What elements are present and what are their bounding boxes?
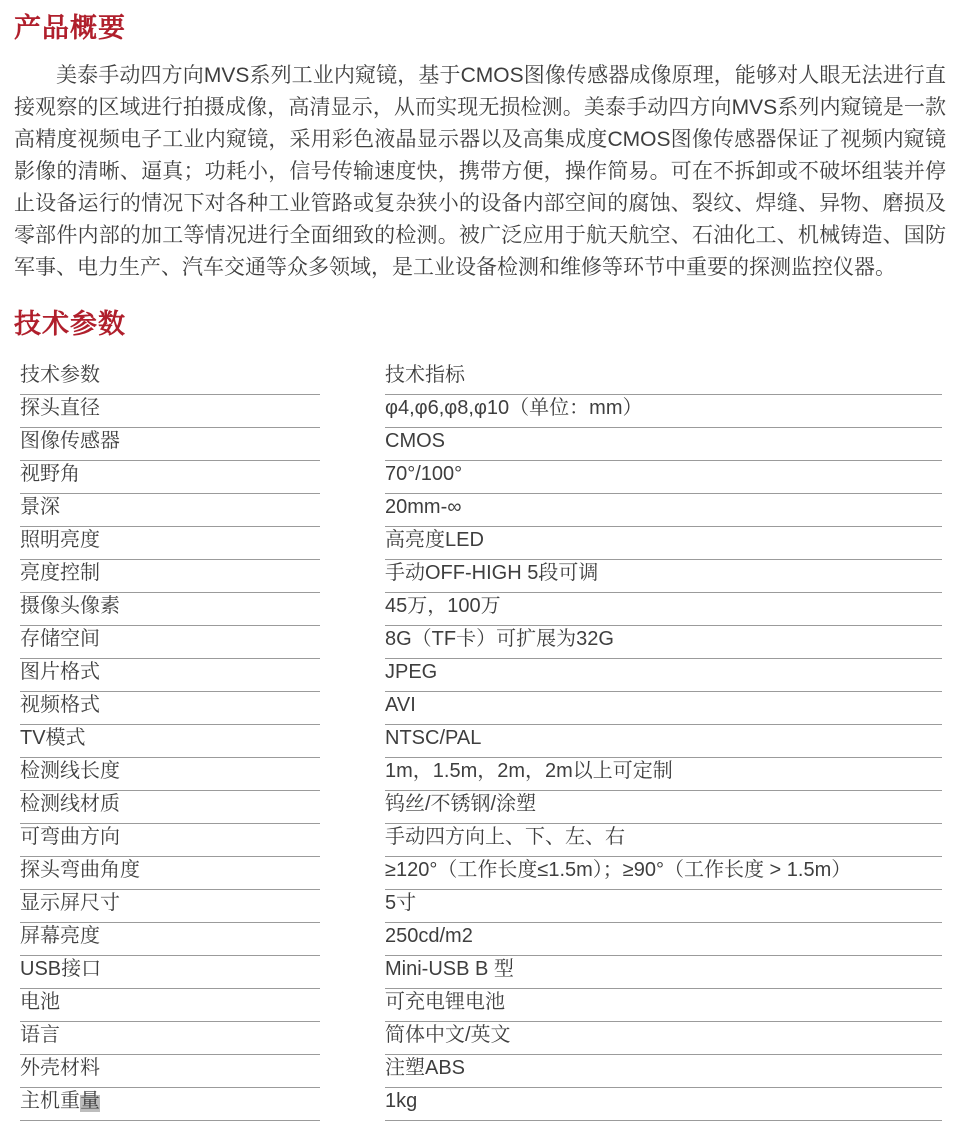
param-cell: TV模式 (20, 725, 320, 758)
value-cell: 250cd/m2 (385, 923, 942, 956)
param-cell: 景深 (20, 494, 320, 527)
param-cell: 存储空间 (20, 626, 320, 659)
overview-paragraph: 美泰手动四方向MVS系列工业内窥镜，基于CMOS图像传感器成像原理，能够对人眼无… (14, 60, 946, 284)
table-row: 可弯曲方向手动四方向上、下、左、右 (20, 824, 946, 857)
value-cell: 8G（TF卡）可扩展为32G (385, 626, 942, 659)
value-cell: Mini-USB B 型 (385, 956, 942, 989)
value-cell: 手动OFF-HIGH 5段可调 (385, 560, 942, 593)
value-cell: 70°/100° (385, 461, 942, 494)
param-cell: 检测线长度 (20, 758, 320, 791)
value-cell: 技术指标 (385, 362, 942, 395)
param-cell: 亮度控制 (20, 560, 320, 593)
table-row: TV模式NTSC/PAL (20, 725, 946, 758)
table-row: 显示屏尺寸5寸 (20, 890, 946, 923)
value-cell: AVI (385, 692, 942, 725)
product-spec-page: 产品概要 美泰手动四方向MVS系列工业内窥镜，基于CMOS图像传感器成像原理，能… (0, 0, 960, 1121)
value-cell: NTSC/PAL (385, 725, 942, 758)
value-cell: 1m，1.5m，2m，2m以上可定制 (385, 758, 942, 791)
param-cell: 探头弯曲角度 (20, 857, 320, 890)
table-row: 照明亮度高亮度LED (20, 527, 946, 560)
table-row: 视野角70°/100° (20, 461, 946, 494)
table-row: 检测线长度1m，1.5m，2m，2m以上可定制 (20, 758, 946, 791)
table-row: 摄像头像素45万，100万 (20, 593, 946, 626)
value-cell: 45万，100万 (385, 593, 942, 626)
table-row: 探头弯曲角度≥120°（工作长度≤1.5m）；≥90°（工作长度 > 1.5m） (20, 857, 946, 890)
table-row: 屏幕亮度250cd/m2 (20, 923, 946, 956)
value-cell: 高亮度LED (385, 527, 942, 560)
param-cell: 检测线材质 (20, 791, 320, 824)
value-cell: 可充电锂电池 (385, 989, 942, 1022)
value-cell: 注塑ABS (385, 1055, 942, 1088)
table-row: 电池可充电锂电池 (20, 989, 946, 1022)
value-cell: ≥120°（工作长度≤1.5m）；≥90°（工作长度 > 1.5m） (385, 857, 942, 890)
value-cell: 1kg (385, 1088, 942, 1121)
value-cell: 简体中文/英文 (385, 1022, 942, 1055)
param-cell: 技术参数 (20, 362, 320, 395)
specs-table: 技术参数技术指标探头直径φ4,φ6,φ8,φ10（单位：mm）图像传感器CMOS… (20, 362, 946, 1121)
param-cell: 语言 (20, 1022, 320, 1055)
param-cell: 电池 (20, 989, 320, 1022)
value-cell: CMOS (385, 428, 942, 461)
param-cell: USB接口 (20, 956, 320, 989)
overview-heading: 产品概要 (14, 12, 946, 44)
table-row: 亮度控制手动OFF-HIGH 5段可调 (20, 560, 946, 593)
table-row: USB接口Mini-USB B 型 (20, 956, 946, 989)
param-cell: 可弯曲方向 (20, 824, 320, 857)
table-row: 图片格式JPEG (20, 659, 946, 692)
param-cell: 屏幕亮度 (20, 923, 320, 956)
table-row: 存储空间8G（TF卡）可扩展为32G (20, 626, 946, 659)
table-row: 探头直径φ4,φ6,φ8,φ10（单位：mm） (20, 395, 946, 428)
param-cell: 摄像头像素 (20, 593, 320, 626)
value-cell: 手动四方向上、下、左、右 (385, 824, 942, 857)
param-cell: 外壳材料 (20, 1055, 320, 1088)
table-row: 景深20mm-∞ (20, 494, 946, 527)
param-cell: 探头直径 (20, 395, 320, 428)
param-cell: 视野角 (20, 461, 320, 494)
value-cell: 20mm-∞ (385, 494, 942, 527)
table-row: 图像传感器CMOS (20, 428, 946, 461)
param-cell: 视频格式 (20, 692, 320, 725)
table-row: 检测线材质钨丝/不锈钢/涂塑 (20, 791, 946, 824)
value-cell: φ4,φ6,φ8,φ10（单位：mm） (385, 395, 942, 428)
value-cell: 5寸 (385, 890, 942, 923)
value-cell: 钨丝/不锈钢/涂塑 (385, 791, 942, 824)
highlighted-char: 量 (80, 1090, 100, 1112)
table-row: 技术参数技术指标 (20, 362, 946, 395)
table-row: 主机重量1kg (20, 1088, 946, 1121)
table-row: 语言简体中文/英文 (20, 1022, 946, 1055)
specs-heading: 技术参数 (14, 308, 946, 340)
table-row: 视频格式AVI (20, 692, 946, 725)
param-cell: 照明亮度 (20, 527, 320, 560)
param-cell: 显示屏尺寸 (20, 890, 320, 923)
param-cell: 图片格式 (20, 659, 320, 692)
param-cell: 主机重量 (20, 1088, 320, 1121)
param-cell: 图像传感器 (20, 428, 320, 461)
value-cell: JPEG (385, 659, 942, 692)
table-row: 外壳材料注塑ABS (20, 1055, 946, 1088)
